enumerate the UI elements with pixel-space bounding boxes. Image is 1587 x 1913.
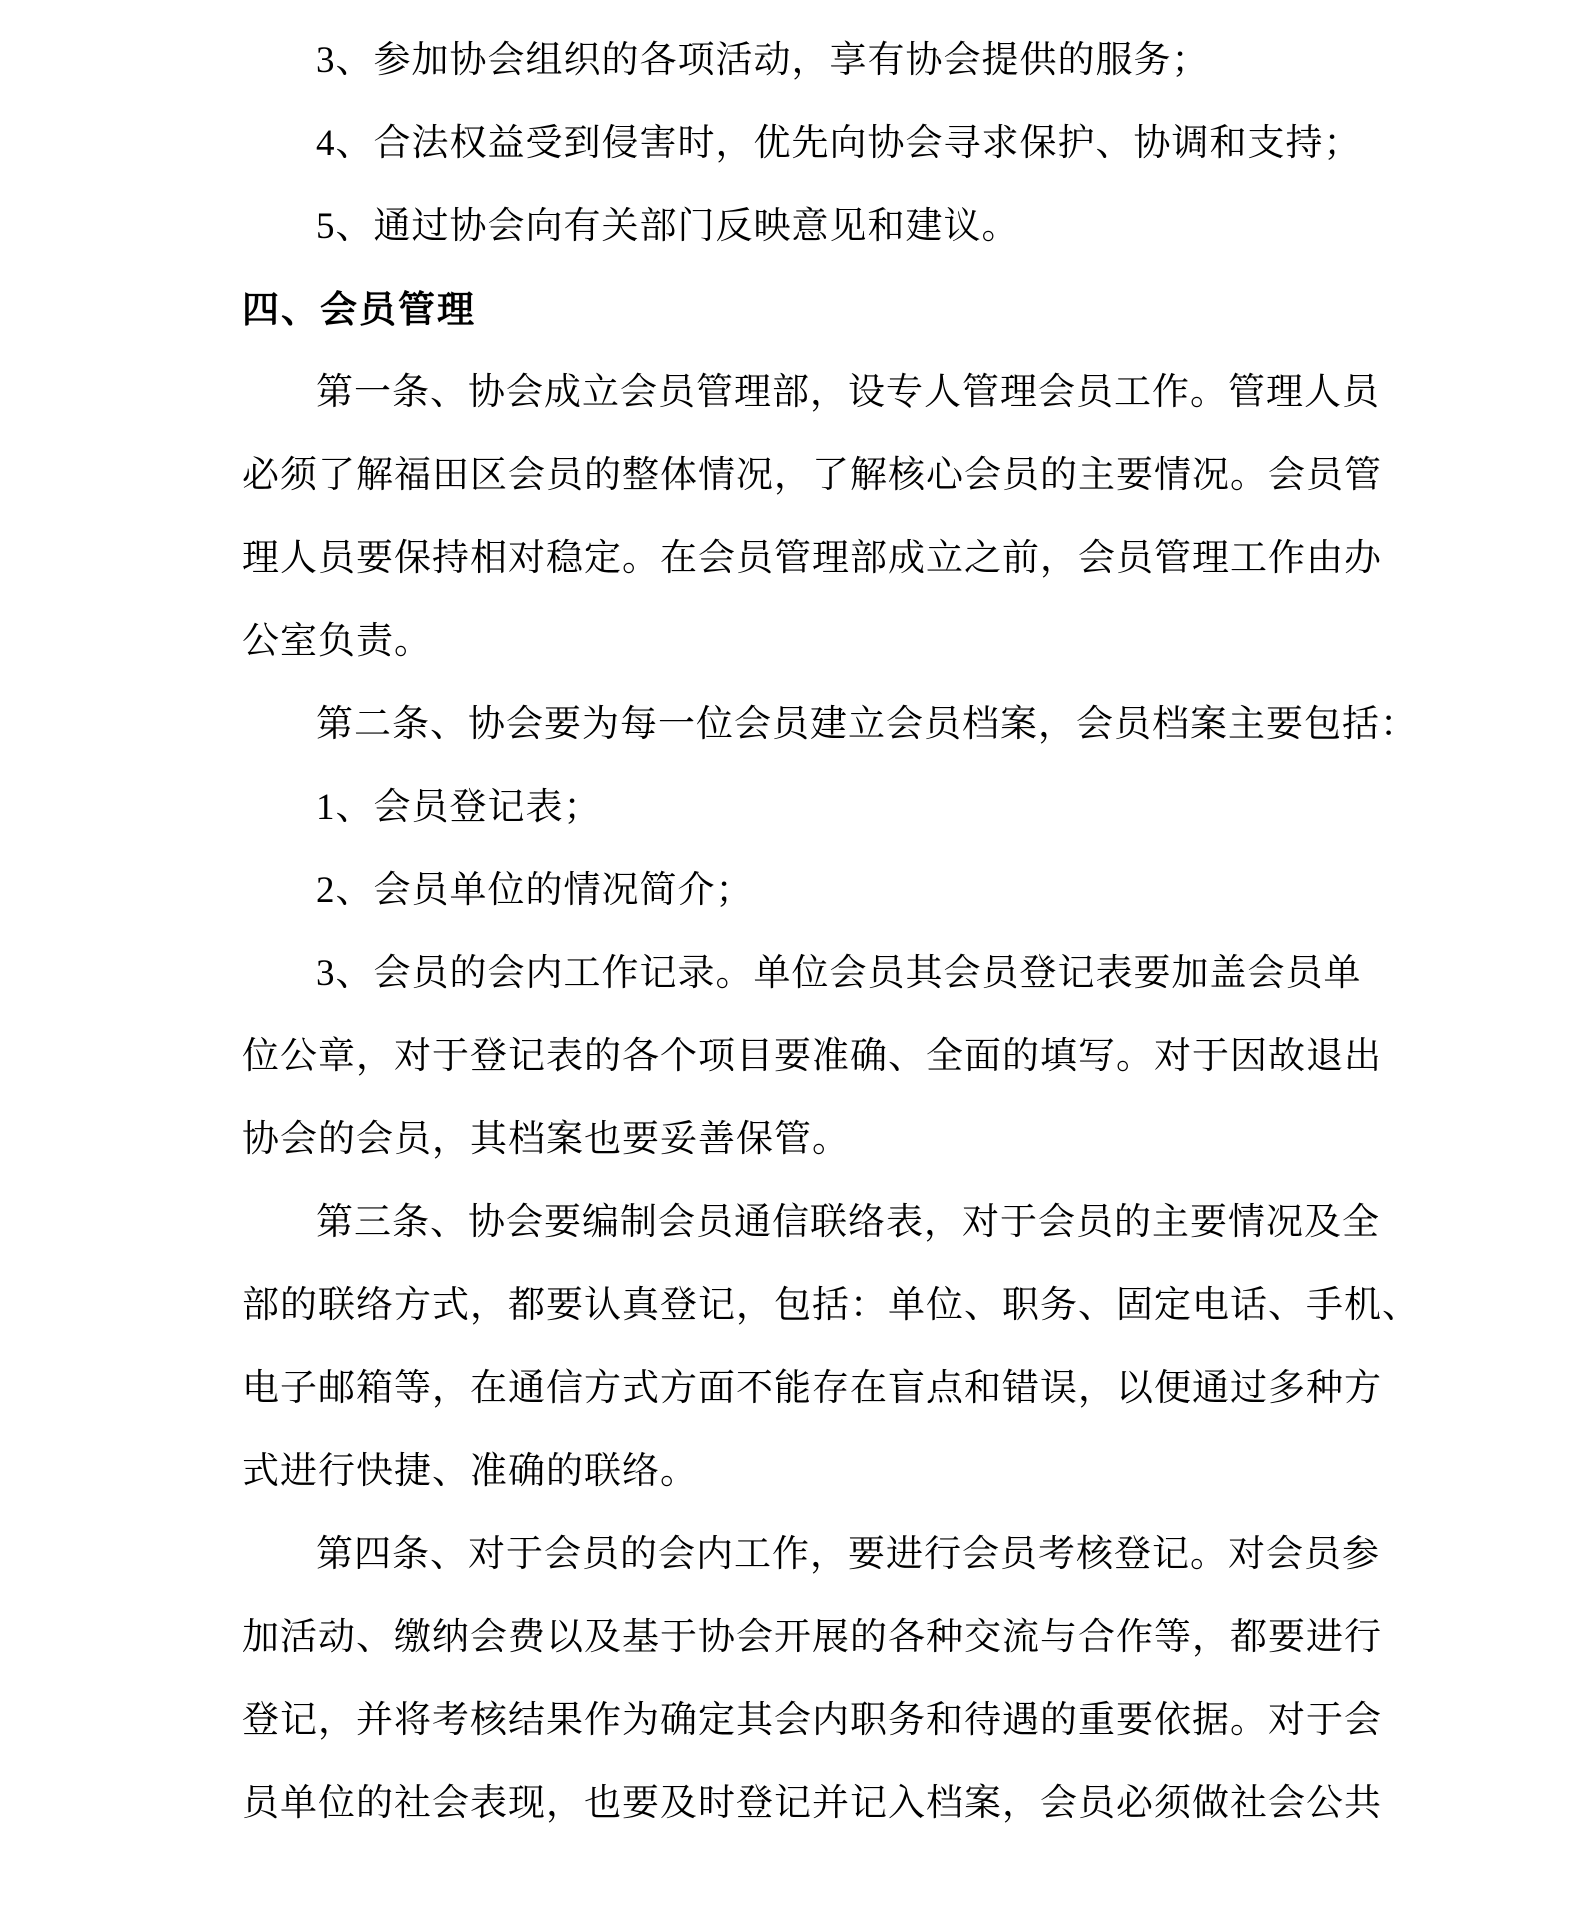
document-page: 3、参加协会组织的各项活动，享有协会提供的服务；4、合法权益受到侵害时，优先向协… bbox=[0, 0, 1587, 1913]
document-line: 位公章，对于登记表的各个项目要准确、全面的填写。对于因故退出 bbox=[242, 1015, 1422, 1098]
document-line: 4、合法权益受到侵害时，优先向协会寻求保护、协调和支持； bbox=[242, 102, 1422, 185]
document-line: 加活动、缴纳会费以及基于协会开展的各种交流与合作等，都要进行 bbox=[242, 1596, 1422, 1679]
document-line: 公室负责。 bbox=[242, 600, 1422, 683]
document-body: 3、参加协会组织的各项活动，享有协会提供的服务；4、合法权益受到侵害时，优先向协… bbox=[242, 19, 1422, 1845]
document-line: 员单位的社会表现，也要及时登记并记入档案，会员必须做社会公共 bbox=[242, 1762, 1422, 1845]
document-line: 3、参加协会组织的各项活动，享有协会提供的服务； bbox=[242, 19, 1422, 102]
document-line: 第二条、协会要为每一位会员建立会员档案，会员档案主要包括： bbox=[242, 683, 1422, 766]
document-line: 第四条、对于会员的会内工作，要进行会员考核登记。对会员参 bbox=[242, 1513, 1422, 1596]
document-line: 1、会员登记表； bbox=[242, 766, 1422, 849]
document-line: 电子邮箱等，在通信方式方面不能存在盲点和错误，以便通过多种方 bbox=[242, 1347, 1422, 1430]
document-line: 式进行快捷、准确的联络。 bbox=[242, 1430, 1422, 1513]
document-line: 2、会员单位的情况简介； bbox=[242, 849, 1422, 932]
document-line: 第三条、协会要编制会员通信联络表，对于会员的主要情况及全 bbox=[242, 1181, 1422, 1264]
document-line: 必须了解福田区会员的整体情况，了解核心会员的主要情况。会员管 bbox=[242, 434, 1422, 517]
document-line: 部的联络方式，都要认真登记，包括：单位、职务、固定电话、手机、 bbox=[242, 1264, 1422, 1347]
document-line: 3、会员的会内工作记录。单位会员其会员登记表要加盖会员单 bbox=[242, 932, 1422, 1015]
document-line: 第一条、协会成立会员管理部，设专人管理会员工作。管理人员 bbox=[242, 351, 1422, 434]
document-line: 理人员要保持相对稳定。在会员管理部成立之前，会员管理工作由办 bbox=[242, 517, 1422, 600]
section-heading: 四、会员管理 bbox=[242, 268, 1422, 351]
document-line: 5、通过协会向有关部门反映意见和建议。 bbox=[242, 185, 1422, 268]
document-line: 协会的会员，其档案也要妥善保管。 bbox=[242, 1098, 1422, 1181]
document-line: 登记，并将考核结果作为确定其会内职务和待遇的重要依据。对于会 bbox=[242, 1679, 1422, 1762]
